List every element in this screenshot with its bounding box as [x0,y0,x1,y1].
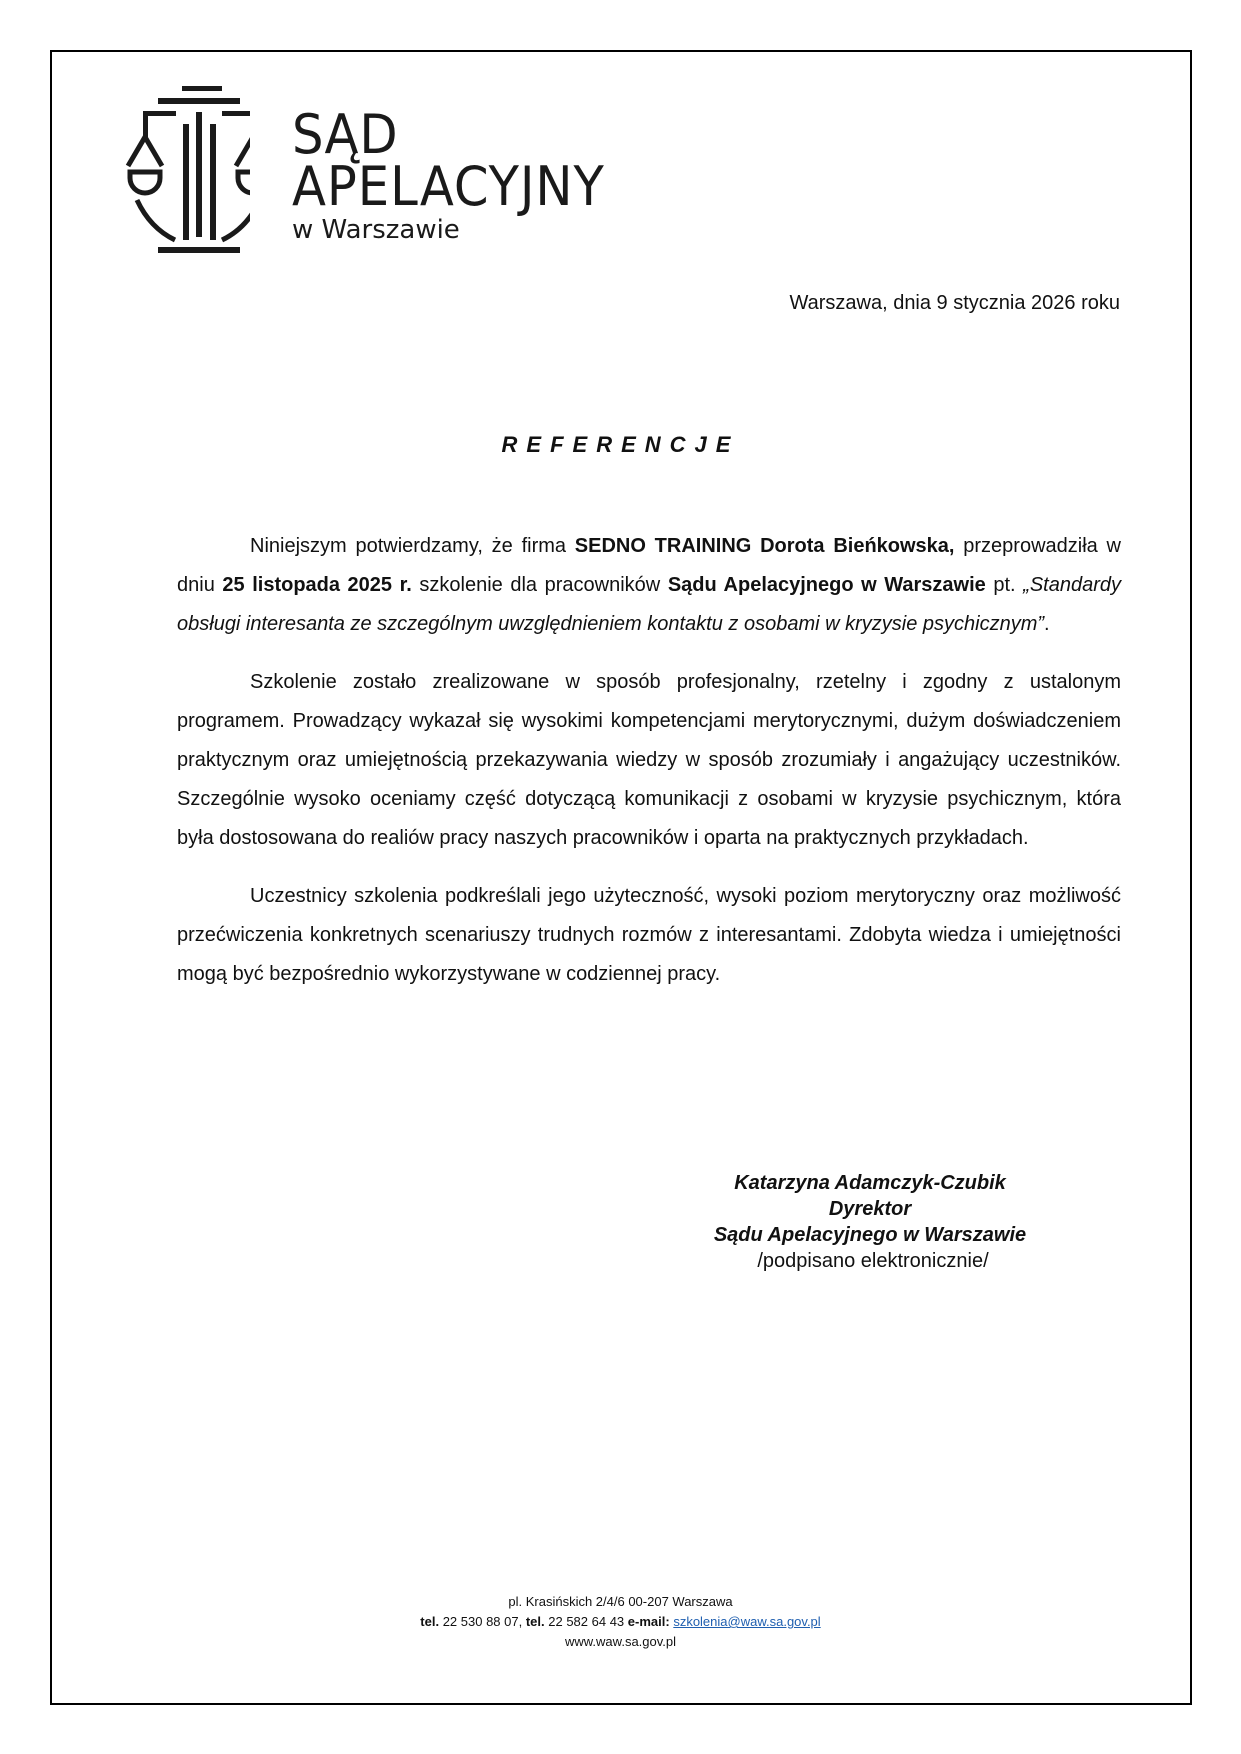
tel-number-1: 22 530 88 07, [439,1614,526,1629]
letter-body: Niniejszym potwierdzamy, że firma SEDNO … [177,527,1121,1013]
footer-address: pl. Krasińskich 2/4/6 00-207 Warszawa [0,1592,1241,1612]
signature-note: /podpisano elektronicznie/ [660,1248,1080,1274]
tel-label: tel. [420,1614,439,1629]
company-name: SEDNO TRAINING Dorota Bieńkowska, [575,535,955,557]
signatory-organization: Sądu Apelacyjnego w Warszawie [660,1222,1080,1248]
text: pt. [986,574,1023,596]
signatory-role: Dyrektor [660,1196,1080,1222]
court-name: Sądu Apelacyjnego w Warszawie [668,574,986,596]
text: szkolenie dla pracowników [412,574,668,596]
signature-block: Katarzyna Adamczyk-Czubik Dyrektor Sądu … [660,1170,1080,1274]
email-label: e-mail: [628,1614,670,1629]
paragraph-2: Szkolenie zostało zrealizowane w sposób … [177,663,1121,858]
text: Niniejszym potwierdzamy, że firma [250,535,575,557]
logo-line-sad: SĄD [292,108,399,162]
paragraph-3: Uczestnicy szkolenia podkreślali jego uż… [177,877,1121,994]
document-title: REFERENCJE [0,432,1241,458]
text: . [1044,613,1050,635]
logo-line-apelacyjny: APELACYJNY [292,160,605,214]
paragraph-1: Niniejszym potwierdzamy, że firma SEDNO … [177,527,1121,644]
footer-website: www.waw.sa.gov.pl [0,1632,1241,1652]
tel-label: tel. [526,1614,545,1629]
footer-contact: tel. 22 530 88 07, tel. 22 582 64 43 e-m… [0,1612,1241,1632]
training-date: 25 listopada 2025 r. [222,574,411,596]
date-line: Warszawa, dnia 9 stycznia 2026 roku [789,292,1120,315]
tel-number-2: 22 582 64 43 [545,1614,628,1629]
footer: pl. Krasińskich 2/4/6 00-207 Warszawa te… [0,1592,1241,1652]
logo-line-warszawie: w Warszawie [292,216,460,244]
scales-of-justice-icon [90,82,250,262]
email-link[interactable]: szkolenia@waw.sa.gov.pl [673,1614,820,1629]
signatory-name: Katarzyna Adamczyk-Czubik [660,1170,1080,1196]
